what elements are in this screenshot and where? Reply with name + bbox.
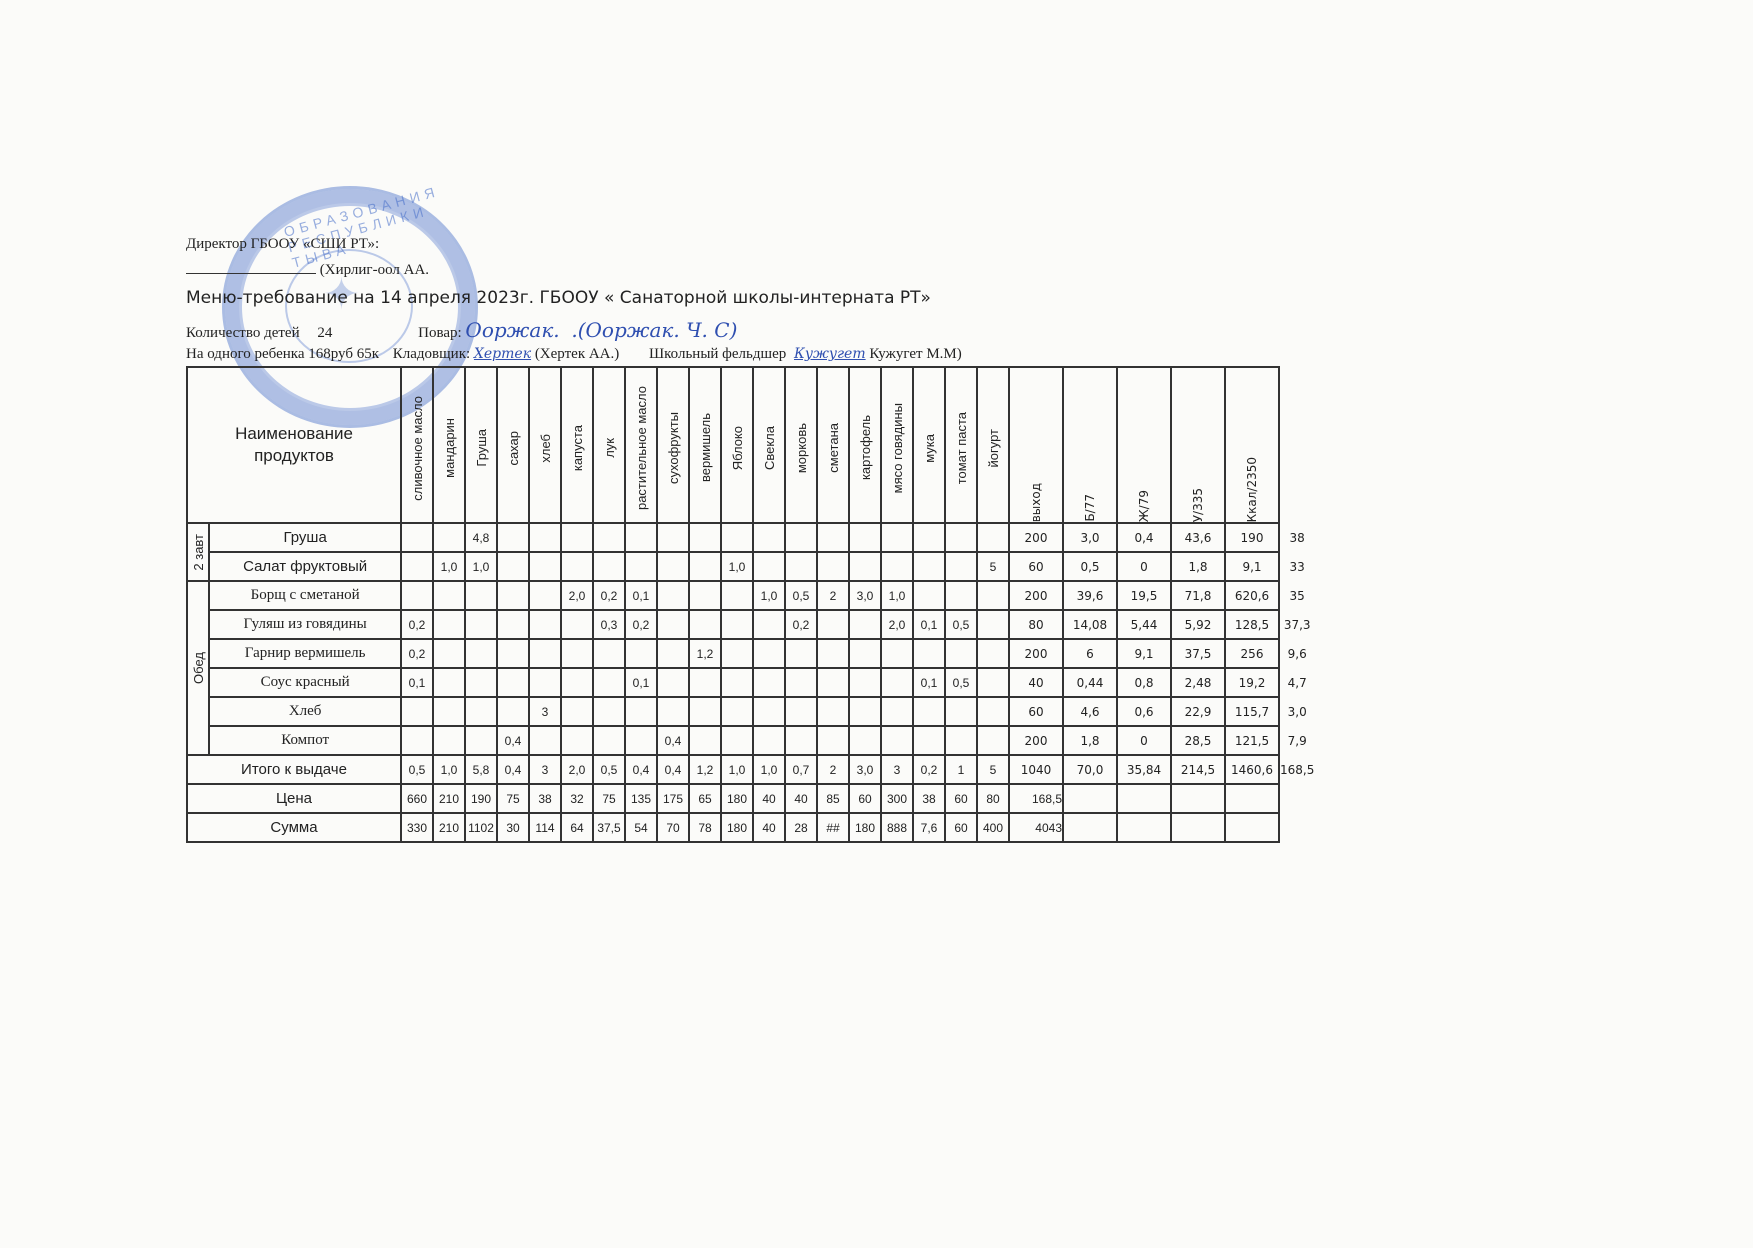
product-value: 330 xyxy=(401,813,433,842)
column-header-label: хлеб xyxy=(538,428,553,463)
column-header-label: сметана xyxy=(826,417,841,473)
column-header-product: морковь xyxy=(785,367,817,523)
product-value: 28 xyxy=(785,813,817,842)
nutrition-value: 214,5 xyxy=(1171,755,1225,784)
column-header-nutrition: Ж/79 xyxy=(1117,367,1171,523)
column-header-nutrition: Б/77 xyxy=(1063,367,1117,523)
product-value: 70 xyxy=(657,813,689,842)
nutrition-value: 0,5 xyxy=(1063,552,1117,581)
product-value: 1,0 xyxy=(721,755,753,784)
product-quantity xyxy=(881,639,913,668)
column-header-product: сухофрукты xyxy=(657,367,689,523)
row-cost: 38 xyxy=(1279,523,1315,552)
column-header-product: сливочное масло xyxy=(401,367,433,523)
product-quantity xyxy=(913,726,945,755)
column-header-product: капуста xyxy=(561,367,593,523)
table-row: Компот0,40,42001,8028,5121,57,9 xyxy=(187,726,1315,755)
column-header-product: сахар xyxy=(497,367,529,523)
medic-name: Кужугет М.М) xyxy=(869,346,961,362)
product-value: 0,5 xyxy=(401,755,433,784)
column-header-label: Ккал/2350 xyxy=(1245,451,1259,522)
table-body: 2 завтГруша4,82003,00,443,619038Салат фр… xyxy=(187,523,1315,842)
column-header-label: сливочное масло xyxy=(410,390,425,501)
column-header-label: мясо говядины xyxy=(890,397,905,493)
nutrition-value: 1,8 xyxy=(1171,552,1225,581)
product-value: 190 xyxy=(465,784,497,813)
product-quantity xyxy=(881,523,913,552)
product-value: 78 xyxy=(689,813,721,842)
product-quantity xyxy=(881,697,913,726)
product-quantity xyxy=(433,581,465,610)
product-quantity xyxy=(849,639,881,668)
column-header-nutrition: Ккал/2350 xyxy=(1225,367,1279,523)
product-quantity xyxy=(497,668,529,697)
product-quantity: 2,0 xyxy=(881,610,913,639)
product-quantity xyxy=(721,697,753,726)
nutrition-value: 168,5 xyxy=(1009,784,1063,813)
column-header-nutrition: У/335 xyxy=(1171,367,1225,523)
product-value: 0,4 xyxy=(657,755,689,784)
product-quantity xyxy=(433,523,465,552)
table-row: ОбедБорщ с сметаной2,00,20,11,00,523,01,… xyxy=(187,581,1315,610)
product-value: 180 xyxy=(721,784,753,813)
nutrition-value xyxy=(1225,813,1279,842)
product-quantity xyxy=(625,726,657,755)
product-value: 1102 xyxy=(465,813,497,842)
product-quantity: 2,0 xyxy=(561,581,593,610)
column-header-product: картофель xyxy=(849,367,881,523)
product-quantity xyxy=(433,639,465,668)
product-quantity: 3,0 xyxy=(849,581,881,610)
product-quantity xyxy=(817,726,849,755)
product-quantity xyxy=(497,523,529,552)
product-quantity xyxy=(497,639,529,668)
column-header-label: Яблоко xyxy=(730,420,745,470)
nutrition-value: 60 xyxy=(1009,697,1063,726)
nutrition-value: 9,1 xyxy=(1225,552,1279,581)
column-header-label: сухофрукты xyxy=(666,406,681,484)
nutrition-value: 43,6 xyxy=(1171,523,1225,552)
table-row: Гарнир вермишель0,21,220069,137,52569,6 xyxy=(187,639,1315,668)
nutrition-value: 28,5 xyxy=(1171,726,1225,755)
product-quantity xyxy=(689,552,721,581)
column-header-label: У/335 xyxy=(1191,482,1205,522)
storekeeper-name: (Хертек АА.) xyxy=(535,346,619,362)
nutrition-value: 22,9 xyxy=(1171,697,1225,726)
product-value: 0,5 xyxy=(593,755,625,784)
nutrition-value xyxy=(1225,784,1279,813)
product-value: 75 xyxy=(497,784,529,813)
header-label-2: продуктов xyxy=(254,446,334,465)
product-quantity: 1,0 xyxy=(721,552,753,581)
product-value: 1,2 xyxy=(689,755,721,784)
product-name-header: Наименование продуктов xyxy=(187,367,401,523)
header-label-1: Наименование xyxy=(235,424,353,443)
storekeeper-label: Кладовщик: xyxy=(393,346,470,362)
product-quantity xyxy=(561,523,593,552)
product-value: 32 xyxy=(561,784,593,813)
product-value: 2,0 xyxy=(561,755,593,784)
product-value: 0,7 xyxy=(785,755,817,784)
column-header-label: Свекла xyxy=(762,420,777,470)
product-quantity xyxy=(465,697,497,726)
dish-name: Хлеб xyxy=(209,697,401,726)
product-quantity xyxy=(945,697,977,726)
product-value: 7,6 xyxy=(913,813,945,842)
product-value: 54 xyxy=(625,813,657,842)
product-quantity xyxy=(401,552,433,581)
product-quantity: 0,2 xyxy=(401,610,433,639)
product-quantity: 3 xyxy=(529,697,561,726)
product-quantity xyxy=(497,697,529,726)
column-header-product: Свекла xyxy=(753,367,785,523)
nutrition-value xyxy=(1117,813,1171,842)
product-value: 2 xyxy=(817,755,849,784)
product-quantity xyxy=(465,610,497,639)
nutrition-value: 1040 xyxy=(1009,755,1063,784)
product-quantity: 0,3 xyxy=(593,610,625,639)
product-quantity xyxy=(849,697,881,726)
product-quantity: 1,2 xyxy=(689,639,721,668)
product-quantity xyxy=(689,726,721,755)
meal-group-text: Обед xyxy=(191,652,206,684)
product-quantity xyxy=(785,639,817,668)
product-quantity: 5 xyxy=(977,552,1009,581)
product-quantity xyxy=(785,668,817,697)
product-quantity xyxy=(561,668,593,697)
director-label: Директор ГБООУ «СШИ РТ»: xyxy=(186,236,379,252)
product-value: 1 xyxy=(945,755,977,784)
product-quantity xyxy=(945,581,977,610)
table-row: Хлеб3604,60,622,9115,73,0 xyxy=(187,697,1315,726)
cook-label: Повар: xyxy=(418,325,462,341)
column-header-label: мука xyxy=(922,428,937,463)
column-header-product: томат паста xyxy=(945,367,977,523)
nutrition-value: 1460,6 xyxy=(1225,755,1279,784)
product-value: 114 xyxy=(529,813,561,842)
column-header-label: йогурт xyxy=(986,423,1001,468)
product-quantity: 0,2 xyxy=(785,610,817,639)
nutrition-value: 0 xyxy=(1117,552,1171,581)
column-header-product: мандарин xyxy=(433,367,465,523)
product-quantity: 0,1 xyxy=(625,668,657,697)
product-quantity: 0,2 xyxy=(625,610,657,639)
nutrition-value: 71,8 xyxy=(1171,581,1225,610)
nutrition-value: 200 xyxy=(1009,726,1063,755)
product-value: 0,2 xyxy=(913,755,945,784)
column-header-label: мандарин xyxy=(442,412,457,478)
product-value: 888 xyxy=(881,813,913,842)
nutrition-value: 14,08 xyxy=(1063,610,1117,639)
product-quantity xyxy=(721,610,753,639)
product-value: 3,0 xyxy=(849,755,881,784)
row-cost: 33 xyxy=(1279,552,1315,581)
product-value: 40 xyxy=(753,813,785,842)
product-quantity: 1,0 xyxy=(465,552,497,581)
product-quantity xyxy=(977,726,1009,755)
product-quantity xyxy=(753,639,785,668)
nutrition-value: 200 xyxy=(1009,581,1063,610)
product-value: 60 xyxy=(945,813,977,842)
product-value: 38 xyxy=(913,784,945,813)
nutrition-value: 9,1 xyxy=(1117,639,1171,668)
product-quantity: 0,5 xyxy=(785,581,817,610)
cook-name: .(Ооржак. Ч. С) xyxy=(571,318,737,342)
column-header-product: лук xyxy=(593,367,625,523)
product-quantity xyxy=(561,697,593,726)
children-label: Количество детей xyxy=(186,325,300,341)
dish-name: Борщ с сметаной xyxy=(209,581,401,610)
product-quantity xyxy=(785,523,817,552)
product-quantity xyxy=(977,581,1009,610)
product-quantity xyxy=(881,726,913,755)
nutrition-value: 60 xyxy=(1009,552,1063,581)
director-name: (Хирлиг-оол АА. xyxy=(320,262,429,278)
product-value: 85 xyxy=(817,784,849,813)
storekeeper-signature: Хертек xyxy=(474,346,531,362)
product-quantity: 1,0 xyxy=(881,581,913,610)
product-quantity xyxy=(977,639,1009,668)
column-header-label: вермишель xyxy=(698,407,713,482)
column-header-label: Ж/79 xyxy=(1137,484,1151,522)
cook-signature: Ооржак. xyxy=(465,318,559,342)
product-quantity xyxy=(465,581,497,610)
product-value: 5,8 xyxy=(465,755,497,784)
director-line: Директор ГБООУ «СШИ РТ»: xyxy=(186,236,379,253)
product-quantity xyxy=(689,523,721,552)
row-cost: 3,0 xyxy=(1279,697,1315,726)
table-row: 2 завтГруша4,82003,00,443,619038 xyxy=(187,523,1315,552)
medic-label: Школьный фельдшер xyxy=(649,346,786,362)
product-quantity xyxy=(497,610,529,639)
product-quantity xyxy=(817,697,849,726)
children-cook-line: Количество детей 24 Повар: Ооржак. .(Оор… xyxy=(186,318,737,342)
column-header-label: томат паста xyxy=(954,406,969,484)
meal-group-label: 2 завт xyxy=(187,523,209,581)
product-quantity xyxy=(881,668,913,697)
nutrition-value: 620,6 xyxy=(1225,581,1279,610)
product-value: 60 xyxy=(849,784,881,813)
product-quantity xyxy=(945,639,977,668)
product-value: 400 xyxy=(977,813,1009,842)
column-header-product: мясо говядины xyxy=(881,367,913,523)
product-value: 135 xyxy=(625,784,657,813)
row-cost: 35 xyxy=(1279,581,1315,610)
nutrition-value: 2,48 xyxy=(1171,668,1225,697)
menu-requirement-table: Наименование продуктов сливочное маслома… xyxy=(186,366,1316,843)
dish-name: Гарнир вермишель xyxy=(209,639,401,668)
product-quantity xyxy=(913,639,945,668)
product-quantity xyxy=(977,668,1009,697)
product-quantity xyxy=(593,523,625,552)
product-quantity xyxy=(721,726,753,755)
product-value: 80 xyxy=(977,784,1009,813)
product-value: 40 xyxy=(785,784,817,813)
nutrition-value: 5,92 xyxy=(1171,610,1225,639)
product-quantity xyxy=(401,697,433,726)
column-header-product: вермишель xyxy=(689,367,721,523)
product-quantity xyxy=(625,639,657,668)
product-quantity xyxy=(593,552,625,581)
table-row: Гуляш из говядины0,20,30,20,22,00,10,580… xyxy=(187,610,1315,639)
product-quantity xyxy=(913,697,945,726)
nutrition-value xyxy=(1117,784,1171,813)
per-child-cost: На одного ребенка 168руб 65к xyxy=(186,346,379,362)
product-quantity xyxy=(753,697,785,726)
children-count: 24 xyxy=(317,325,332,341)
column-header-nutrition: выход xyxy=(1009,367,1063,523)
product-quantity xyxy=(657,668,689,697)
medic-signature: Кужугет xyxy=(794,346,866,362)
nutrition-value: 80 xyxy=(1009,610,1063,639)
product-value: 5 xyxy=(977,755,1009,784)
product-quantity xyxy=(721,581,753,610)
product-quantity xyxy=(529,581,561,610)
product-quantity: 1,0 xyxy=(753,581,785,610)
nutrition-value: 5,44 xyxy=(1117,610,1171,639)
product-quantity: 0,1 xyxy=(625,581,657,610)
product-quantity xyxy=(561,639,593,668)
product-quantity xyxy=(593,668,625,697)
product-quantity xyxy=(753,726,785,755)
dish-name: Салат фруктовый xyxy=(209,552,401,581)
sum-row: Сумма3302101102301146437,55470781804028#… xyxy=(187,813,1315,842)
nutrition-value: 0,6 xyxy=(1117,697,1171,726)
product-quantity xyxy=(657,581,689,610)
column-header-label: Б/77 xyxy=(1083,488,1097,522)
product-quantity xyxy=(849,726,881,755)
product-quantity xyxy=(849,552,881,581)
product-quantity xyxy=(529,610,561,639)
product-value: 64 xyxy=(561,813,593,842)
nutrition-value xyxy=(1171,813,1225,842)
product-quantity: 0,5 xyxy=(945,610,977,639)
product-value: 40 xyxy=(753,784,785,813)
product-value: 180 xyxy=(849,813,881,842)
column-header-label: капуста xyxy=(570,419,585,471)
product-quantity xyxy=(657,610,689,639)
product-quantity xyxy=(945,552,977,581)
product-quantity: 0,2 xyxy=(401,639,433,668)
dish-name: Компот xyxy=(209,726,401,755)
price-row-label: Цена xyxy=(187,784,401,813)
product-quantity xyxy=(657,639,689,668)
totals-row-label: Итого к выдаче xyxy=(187,755,401,784)
product-quantity xyxy=(817,523,849,552)
row-cost: 37,3 xyxy=(1279,610,1315,639)
product-value: 210 xyxy=(433,813,465,842)
product-value: 75 xyxy=(593,784,625,813)
product-quantity xyxy=(433,726,465,755)
product-value: 660 xyxy=(401,784,433,813)
product-quantity: 0,4 xyxy=(497,726,529,755)
product-quantity: 0,4 xyxy=(657,726,689,755)
meal-group-label: Обед xyxy=(187,581,209,755)
product-quantity: 0,2 xyxy=(593,581,625,610)
product-value: 3 xyxy=(529,755,561,784)
column-header-product: йогурт xyxy=(977,367,1009,523)
product-value: 1,0 xyxy=(433,755,465,784)
nutrition-value xyxy=(1063,784,1117,813)
nutrition-value: 37,5 xyxy=(1171,639,1225,668)
product-quantity xyxy=(945,523,977,552)
column-header-label: лук xyxy=(602,432,617,458)
product-quantity xyxy=(721,668,753,697)
nutrition-value: 0,44 xyxy=(1063,668,1117,697)
product-quantity xyxy=(657,523,689,552)
product-quantity xyxy=(593,697,625,726)
document-title: Меню-требование на 14 апреля 2023г. ГБОО… xyxy=(186,288,931,308)
row-cost: 7,9 xyxy=(1279,726,1315,755)
table-row: Соус красный0,10,10,10,5400,440,82,4819,… xyxy=(187,668,1315,697)
totals-row: Итого к выдаче0,51,05,80,432,00,50,40,41… xyxy=(187,755,1315,784)
product-quantity xyxy=(913,581,945,610)
product-quantity xyxy=(625,523,657,552)
product-quantity xyxy=(657,552,689,581)
product-quantity xyxy=(497,552,529,581)
nutrition-value: 115,7 xyxy=(1225,697,1279,726)
product-quantity xyxy=(465,726,497,755)
product-quantity xyxy=(561,552,593,581)
column-header-label: морковь xyxy=(794,417,809,473)
product-value: 38 xyxy=(529,784,561,813)
column-header-product: сметана xyxy=(817,367,849,523)
product-quantity xyxy=(689,581,721,610)
product-quantity xyxy=(401,523,433,552)
product-quantity: 0,1 xyxy=(913,668,945,697)
product-value: 65 xyxy=(689,784,721,813)
product-quantity xyxy=(785,726,817,755)
product-quantity xyxy=(433,697,465,726)
product-quantity xyxy=(913,523,945,552)
nutrition-value: 70,0 xyxy=(1063,755,1117,784)
product-quantity xyxy=(593,726,625,755)
table-row: Салат фруктовый1,01,01,05600,501,89,133 xyxy=(187,552,1315,581)
nutrition-value: 256 xyxy=(1225,639,1279,668)
nutrition-value xyxy=(1171,784,1225,813)
column-header-label: выход xyxy=(1029,477,1043,522)
product-quantity: 0,1 xyxy=(913,610,945,639)
nutrition-value: 200 xyxy=(1009,639,1063,668)
row-cost: 9,6 xyxy=(1279,639,1315,668)
product-quantity xyxy=(689,697,721,726)
product-quantity xyxy=(529,523,561,552)
column-header-label: Груша xyxy=(474,423,489,467)
product-quantity xyxy=(465,668,497,697)
nutrition-value: 19,5 xyxy=(1117,581,1171,610)
product-quantity xyxy=(529,552,561,581)
nutrition-value: 4043 xyxy=(1009,813,1063,842)
product-quantity xyxy=(817,668,849,697)
product-value: 1,0 xyxy=(753,755,785,784)
product-quantity xyxy=(689,610,721,639)
product-quantity xyxy=(977,523,1009,552)
product-quantity xyxy=(817,610,849,639)
product-quantity xyxy=(657,697,689,726)
column-header-product: хлеб xyxy=(529,367,561,523)
column-header-product: Яблоко xyxy=(721,367,753,523)
per-child-line: На одного ребенка 168руб 65к Кладовщик: … xyxy=(186,346,962,363)
column-header-product: растительное масло xyxy=(625,367,657,523)
column-header-label: растительное масло xyxy=(634,380,649,510)
product-value: 175 xyxy=(657,784,689,813)
product-value: 210 xyxy=(433,784,465,813)
product-value: 30 xyxy=(497,813,529,842)
product-quantity xyxy=(561,726,593,755)
total-cost: 168,5 xyxy=(1279,755,1315,784)
product-quantity xyxy=(881,552,913,581)
table-header-row: Наименование продуктов сливочное маслома… xyxy=(187,367,1315,523)
